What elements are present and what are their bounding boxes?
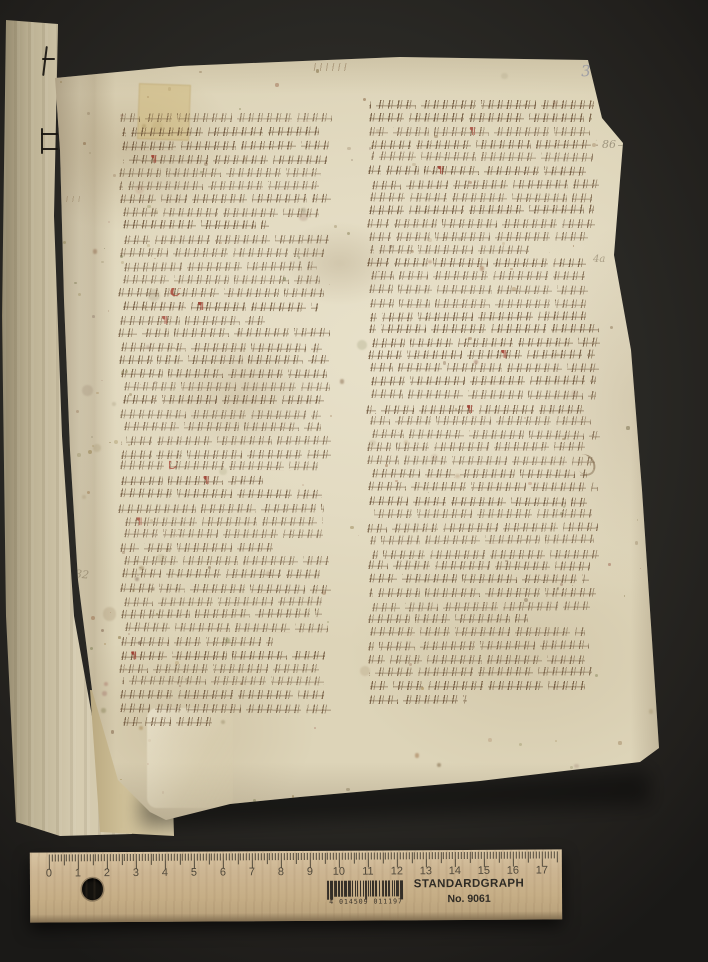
ruler-tick [289, 853, 290, 860]
foxing-spot [63, 241, 66, 244]
script-line: ¶ [368, 166, 586, 176]
ruler-tick [536, 852, 537, 859]
ruler-tick [275, 853, 276, 860]
ruler-tick [516, 852, 517, 859]
foxing-spot [625, 204, 627, 206]
script-line [368, 640, 589, 651]
script-line [122, 675, 324, 685]
annotation-stroke [618, 145, 644, 146]
foxing-spot [109, 442, 110, 443]
barcode-digits: 4 014509 011197 [302, 897, 430, 906]
ruler-tick [548, 851, 549, 858]
script-line [121, 368, 327, 378]
foxing-spot [112, 402, 116, 406]
ruler-tick [524, 852, 525, 859]
script-line [371, 376, 596, 386]
ruler-tick [458, 852, 459, 859]
foxing-spot [108, 221, 110, 223]
rubric-underline [198, 673, 258, 675]
script-line: C [120, 461, 318, 471]
foxing-spot [488, 738, 492, 742]
rubric-pilcrow-icon: ¶ [500, 347, 507, 360]
ruler-tick [429, 852, 430, 859]
ruler-tick [484, 852, 485, 867]
ruler-cm-number: 5 [184, 867, 204, 879]
foxing-spot [415, 753, 419, 757]
ruler-cm-number: 14 [445, 865, 465, 877]
script-line [368, 482, 598, 492]
barcode-bar [385, 880, 387, 896]
foxing-spot [570, 766, 573, 769]
foxing-spot [607, 109, 608, 110]
script-line [369, 508, 592, 517]
ruler-cm-number: 17 [532, 864, 552, 876]
ruler-tick [139, 854, 140, 861]
ruler-tick [405, 852, 406, 859]
manuscript-page: ¶C¶¶C¶¶¶ ¶¶¶¶ 3 86 4a 32 [55, 56, 661, 824]
ruler-tick [287, 853, 288, 860]
margin-annotation-left-lower: 32 [74, 567, 89, 581]
rubric-underline [400, 254, 431, 256]
script-line [124, 382, 330, 392]
ruler-tick [214, 853, 215, 860]
ruler-tick [171, 854, 172, 861]
rubric-initial: C [166, 457, 177, 473]
ruler-tick [150, 854, 151, 865]
script-line [369, 323, 599, 332]
ruler-tick [298, 853, 299, 860]
ruler-tick [234, 853, 235, 860]
rubric-underline [226, 565, 287, 567]
ruler-tick [153, 854, 154, 861]
ruler-tick [142, 854, 143, 861]
ruler: 01234567891011121314151617 4 014509 0111… [30, 849, 562, 922]
ruler-tick [498, 852, 499, 863]
foxing-spot [292, 795, 295, 798]
script-line [370, 299, 586, 309]
ruler-tick [495, 852, 496, 859]
foxing-spot [90, 647, 93, 650]
script-line [119, 355, 329, 364]
script-line: ¶ [121, 476, 263, 486]
barcode-bar [388, 880, 390, 896]
ruler-tick [301, 853, 302, 860]
barcode-bar [375, 881, 377, 897]
ruler-tick [75, 854, 76, 861]
ruler-tick [542, 851, 543, 866]
ruler-tick [353, 853, 354, 864]
ruler-tick [176, 854, 177, 861]
script-line [367, 522, 598, 533]
ruler-tick [165, 854, 166, 869]
sewing-thread [42, 58, 55, 60]
foxing-spot [199, 71, 201, 73]
ruler-tick [388, 852, 389, 859]
script-line [123, 717, 212, 726]
ruler-tick [449, 852, 450, 859]
ruler-tick [313, 853, 314, 860]
foxing-spot [103, 607, 117, 621]
script-line [370, 627, 585, 636]
ruler-tick [414, 852, 415, 859]
foxing-spot [437, 763, 441, 767]
ruler-tick [490, 852, 491, 859]
ruler-tick [327, 853, 328, 860]
script-line [120, 583, 331, 593]
barcode-bar [379, 880, 380, 896]
ruler-tick [197, 854, 198, 861]
ruler-cm-number: 10 [329, 866, 349, 878]
barcode-bar [360, 881, 361, 897]
ruler-tick [95, 854, 96, 861]
ruler-cm-number: 13 [416, 865, 436, 877]
ruler-tick [98, 854, 99, 861]
ruler-tick [258, 853, 259, 860]
barcode-bar [368, 881, 369, 897]
script-line [118, 503, 324, 513]
barcode-bar [348, 881, 351, 897]
script-line [124, 234, 329, 244]
foxing-spot [350, 526, 353, 529]
script-line [118, 328, 330, 338]
foxing-spot [88, 450, 92, 454]
script-line [123, 275, 320, 285]
rubric-underline [418, 597, 493, 599]
ruler-cm-number: 0 [39, 867, 59, 879]
ruler-cm-number: 3 [126, 867, 146, 879]
rubric-underline [215, 632, 296, 634]
script-line [120, 690, 324, 699]
ruler-tick [371, 853, 372, 860]
ruler-cm-number: 15 [474, 865, 494, 877]
foxing-spot [334, 225, 337, 228]
foxing-spot [111, 730, 115, 734]
ruler-cm-number: 4 [155, 867, 175, 879]
ruler-tick [504, 852, 505, 859]
sewing-thread [41, 128, 43, 154]
ruler-cm-number: 8 [271, 866, 291, 878]
rubric-pilcrow-icon: ¶ [203, 473, 210, 486]
ruler-tick [255, 853, 256, 860]
ruler-tick [318, 853, 319, 860]
script-line [368, 560, 590, 570]
script-line [124, 262, 317, 272]
foxing-spot [82, 385, 92, 395]
foxing-spot [76, 410, 79, 413]
barcode-bar [344, 881, 347, 897]
ruler-tick [200, 854, 201, 861]
ruler-tick [130, 854, 131, 861]
ruler-tick [478, 852, 479, 859]
script-line [124, 529, 323, 539]
barcode-bar [365, 881, 367, 900]
script-line: ¶ [369, 127, 590, 136]
foxing-spot [87, 491, 90, 494]
ruler-tick [521, 852, 522, 859]
ruler-tick [292, 853, 293, 860]
sewing-thread [41, 133, 58, 135]
ruler-tick [310, 853, 311, 868]
ruler-tick [237, 853, 238, 864]
ruler-tick [147, 854, 148, 861]
ruler-tick [481, 852, 482, 859]
ruler-tick [510, 852, 511, 859]
ruler-tick [417, 852, 418, 859]
script-line: ¶ [121, 651, 325, 661]
script-line [370, 244, 529, 254]
ruler-tick [66, 854, 67, 861]
ruler-tick [530, 852, 531, 859]
ruler-tick [179, 854, 180, 865]
script-line [369, 284, 589, 294]
script-line [119, 664, 319, 673]
foxing-spot [139, 726, 143, 730]
barcode-bar [357, 881, 358, 897]
foxing-spot [608, 563, 610, 565]
ruler-tick [379, 852, 380, 859]
ruler-tick [455, 852, 456, 867]
foxing-spot [519, 743, 522, 746]
barcode-bar [396, 880, 399, 896]
rubric-pilcrow-icon: ¶ [130, 648, 137, 661]
ruler-tick [545, 851, 546, 858]
ruler-cm-number: 11 [358, 865, 378, 877]
script-line: ¶ [368, 350, 595, 360]
ruler-tick [217, 853, 218, 860]
script-line [124, 555, 329, 564]
script-line [120, 248, 324, 257]
script-line [372, 549, 599, 558]
rubric-underline [183, 485, 236, 487]
rubric-underline [408, 308, 493, 310]
ruler-tick [188, 854, 189, 861]
rubric-underline [132, 151, 200, 153]
rubric-pilcrow-icon: ¶ [135, 514, 142, 527]
foxing-spot [101, 380, 102, 381]
script-line [371, 389, 596, 399]
rubric-underline [431, 544, 498, 546]
ruler-tick [339, 853, 340, 868]
foxing-spot [635, 541, 638, 544]
ruler-tick [240, 853, 241, 860]
ruler-tick [168, 854, 169, 861]
ruler-cm-number: 1 [68, 867, 88, 879]
script-line [121, 449, 331, 459]
foxing-spot [624, 595, 626, 597]
foxing-spot [314, 727, 316, 729]
rubric-underline [185, 700, 255, 702]
barcode-bar [334, 881, 337, 897]
ruler-tick [408, 852, 409, 859]
script-line [372, 468, 587, 478]
rubric-underline [153, 178, 208, 180]
script-line [372, 602, 590, 612]
ruler-tick [475, 852, 476, 859]
ruler-tick [376, 853, 377, 860]
ruler-tick [243, 853, 244, 860]
script-line [371, 271, 585, 280]
ruler-tick [385, 852, 386, 859]
rubric-underline [206, 405, 296, 407]
ruler-tick [110, 854, 111, 861]
foxing-spot [239, 108, 241, 110]
ruler-tick [118, 854, 119, 861]
script-line [370, 311, 586, 321]
ruler-tick [487, 852, 488, 859]
rubric-underline [470, 399, 571, 401]
ruler-tick [469, 852, 470, 863]
script-line [369, 496, 587, 506]
foxing-spot [649, 558, 651, 560]
script-line: ¶ [125, 517, 323, 526]
text-column-right: ¶¶¶¶ [366, 100, 600, 708]
script-line [369, 695, 467, 704]
rubric-underline [213, 123, 310, 125]
rubric-underline [425, 623, 472, 625]
foxing-spot [555, 740, 557, 742]
barcode-bar [382, 880, 384, 896]
ruler-tick [342, 853, 343, 860]
foxing-spot [74, 282, 76, 284]
ruler-tick [182, 854, 183, 861]
ruler-tick [84, 854, 85, 861]
foxing-spot [96, 392, 99, 395]
foxing-spot [358, 535, 360, 537]
ruler-tick [104, 854, 105, 861]
ruler-barcode [327, 880, 407, 900]
script-line [369, 205, 594, 215]
ruler-tick [252, 853, 253, 868]
ruler-tick [539, 852, 540, 859]
ruler-cm-number: 7 [242, 866, 262, 878]
script-line [372, 337, 600, 347]
foxing-spot [93, 444, 101, 452]
foxing-spot [618, 741, 621, 744]
ruler-tick [49, 855, 50, 870]
ruler-tick [185, 854, 186, 861]
ruler-tick [205, 854, 206, 861]
ruler-tick [263, 853, 264, 860]
script-line [367, 442, 585, 452]
script-line [122, 141, 329, 151]
ruler-tick [324, 853, 325, 864]
ruler-tick [226, 853, 227, 860]
ruler-tick [350, 853, 351, 860]
ruler-tick [420, 852, 421, 859]
foxing-spot [101, 629, 105, 633]
ruler-tick [362, 853, 363, 860]
ruler-tick [466, 852, 467, 859]
ruler-tick [519, 852, 520, 859]
ruler-tick [78, 854, 79, 869]
foxing-spot [82, 651, 85, 654]
ruler-tick [115, 854, 116, 861]
script-line [124, 596, 322, 606]
barcode-bar [370, 881, 371, 897]
ruler-tick [52, 854, 53, 861]
margin-annotation-right-mid: 4a [593, 254, 605, 265]
barcode-bar [352, 881, 353, 897]
running-header-mark [313, 63, 349, 71]
ruler-tick [336, 853, 337, 860]
ruler-model-number: No. 9061 [388, 892, 550, 905]
margin-mark [65, 196, 80, 202]
script-line [370, 193, 592, 203]
ruler-tick [223, 853, 224, 868]
foxing-spot [642, 248, 646, 252]
rubric-underline [155, 230, 193, 232]
rubric-pilcrow-icon: ¶ [150, 151, 157, 164]
ruler-tick [295, 853, 296, 864]
script-line [367, 258, 586, 268]
ruler-tick [249, 853, 250, 860]
ruler-tick [133, 854, 134, 861]
script-line [123, 208, 319, 218]
ruler-tick [391, 852, 392, 859]
ruler-tick [365, 853, 366, 860]
script-line [122, 126, 319, 136]
script-line [121, 637, 273, 646]
script-line [370, 363, 599, 373]
ruler-cm-number: 16 [503, 865, 523, 877]
script-line [369, 232, 588, 241]
ruler-tick [452, 852, 453, 859]
script-line [122, 569, 320, 579]
script-line [372, 429, 600, 440]
ruler-tick [330, 853, 331, 860]
script-line [368, 614, 528, 623]
script-line [369, 100, 594, 109]
ruler-scale: 01234567891011121314151617 [30, 849, 562, 922]
ruler-tick [434, 852, 435, 859]
script-line [369, 574, 589, 584]
ruler-tick [191, 854, 192, 861]
ruler-tick [281, 853, 282, 868]
script-line [125, 622, 329, 632]
foxing-spot [59, 260, 60, 261]
barcode-bar [394, 880, 395, 896]
script-line [120, 193, 331, 203]
foxing-spot [501, 73, 507, 79]
foxing-spot [108, 310, 110, 312]
foxing-spot [91, 616, 95, 620]
script-line [120, 342, 321, 352]
ruler-tick [356, 853, 357, 860]
ruler-tick [86, 854, 87, 861]
foxing-spot [347, 232, 350, 235]
script-line [370, 534, 594, 544]
script-line [367, 455, 596, 465]
script-line [120, 543, 273, 552]
script-line [371, 140, 598, 150]
ruler-tick [81, 854, 82, 861]
ruler-tick [550, 851, 551, 858]
ruler-tick [316, 853, 317, 860]
ruler-tick [403, 852, 404, 859]
photo-stage: ¶C¶¶C¶¶¶ ¶¶¶¶ 3 86 4a 32 012345678910111… [0, 0, 708, 962]
ruler-tick [136, 854, 137, 869]
script-line [370, 680, 585, 689]
ruler-tick [269, 853, 270, 860]
script-line: ¶ [123, 154, 327, 164]
script-line: ¶ [120, 316, 265, 325]
folio-number: 3 [580, 62, 591, 81]
foxing-spot [104, 643, 106, 645]
barcode-bar [363, 881, 364, 897]
ruler-tick [246, 853, 247, 860]
script-line: C [118, 288, 324, 297]
foxing-spot [640, 285, 641, 286]
